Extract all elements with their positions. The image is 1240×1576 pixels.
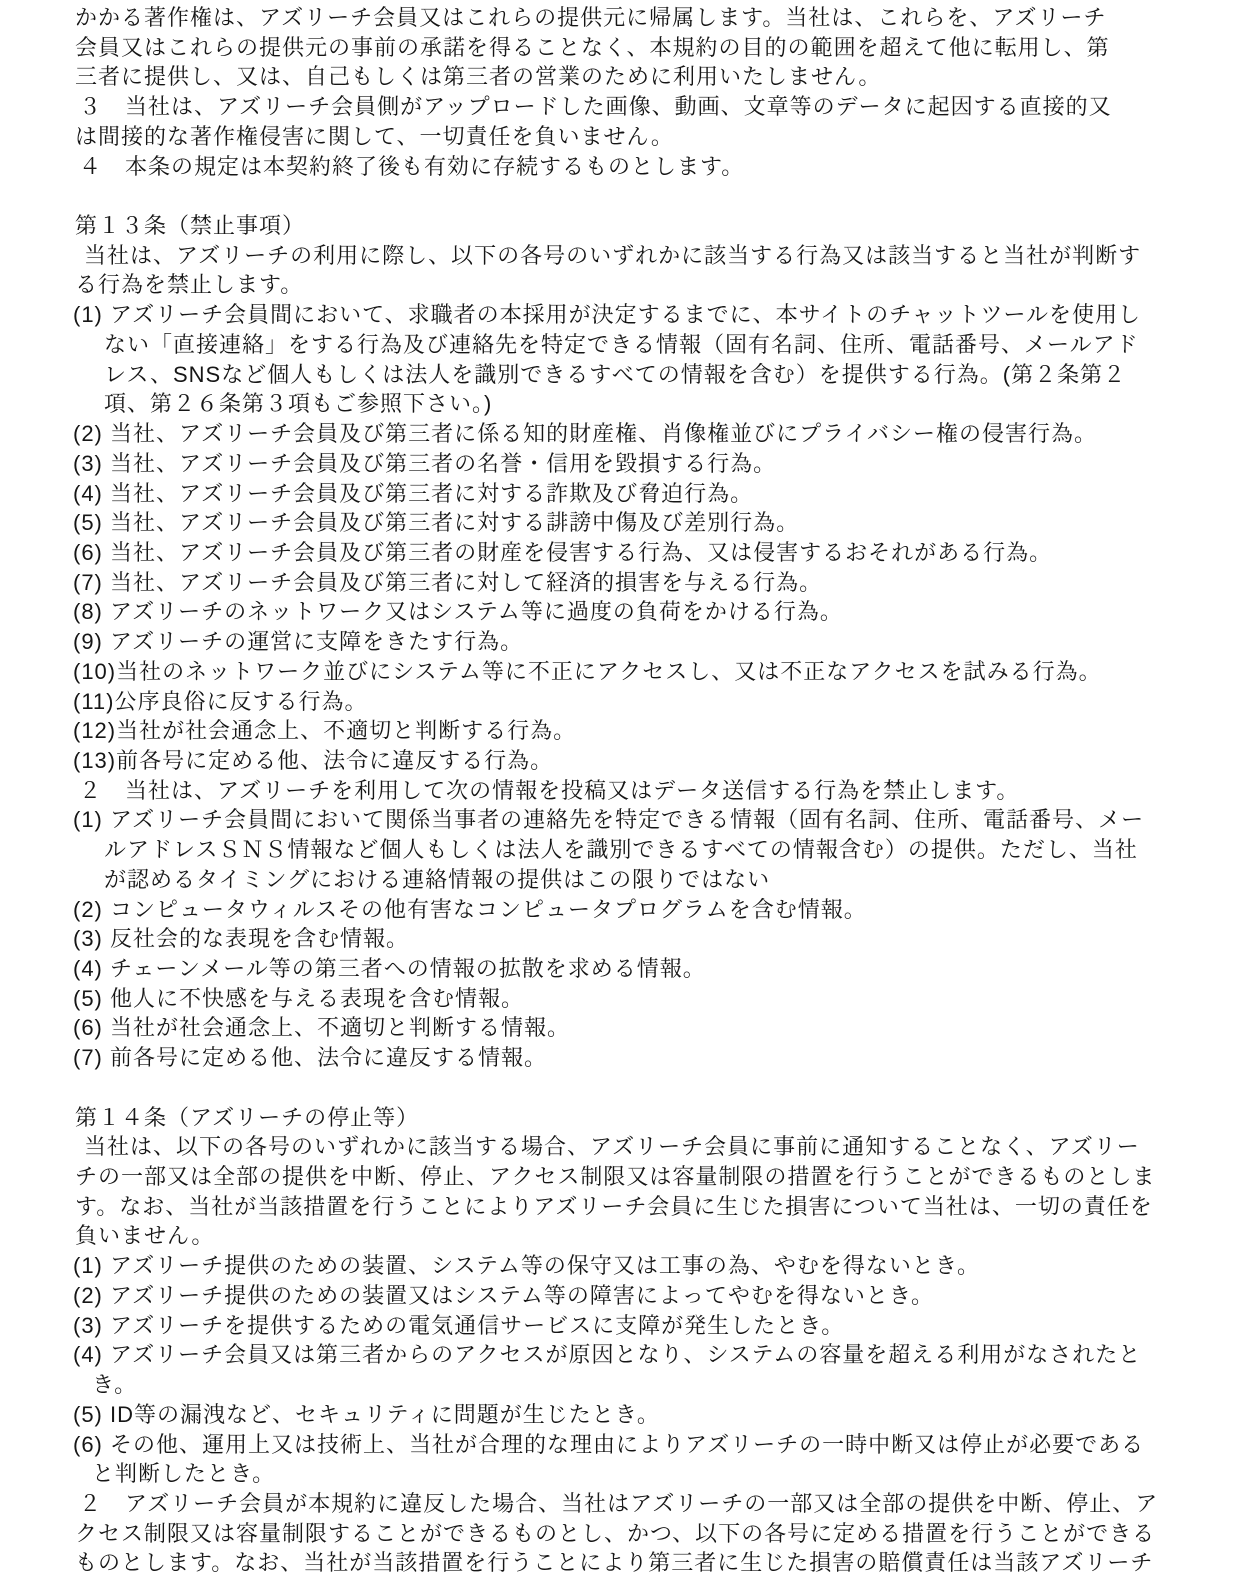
text-line: (6) 当社、アズリーチ会員及び第三者の財産を侵害する行為、又は侵害するおそれが… [73,538,1240,568]
text-line: (13)前各号に定める他、法令に違反する行為。 [73,746,1240,776]
text-line: 当社は、以下の各号のいずれかに該当する場合、アズリーチ会員に事前に通知することな… [84,1132,1240,1162]
section-heading: 第１４条（アズリーチの停止等） [75,1103,1240,1133]
text-line: (2) コンピュータウィルスその他有害なコンピュータプログラムを含む情報。 [73,895,1240,925]
document-page: かかる著作権は、アズリーチ会員又はこれらの提供元に帰属します。当社は、これらを、… [0,0,1240,1576]
blank-line [0,181,1240,211]
text-line: (6) その他、運用上又は技術上、当社が合理的な理由によりアズリーチの一時中断又… [73,1430,1240,1460]
text-line: 負いません。 [75,1221,1240,1251]
text-line: (8) アズリーチのネットワーク又はシステム等に過度の負荷をかける行為。 [73,597,1240,627]
text-line: き。 [92,1370,1240,1400]
text-line: (2) 当社、アズリーチ会員及び第三者に係る知的財産権、肖像権並びにプライバシー… [73,419,1240,449]
text-line: (4) 当社、アズリーチ会員及び第三者に対する詐欺及び脅迫行為。 [73,479,1240,509]
text-line: (5) 他人に不快感を与える表現を含む情報。 [73,984,1240,1014]
text-line: (3) 反社会的な表現を含む情報。 [73,924,1240,954]
text-line: ものとします。なお、当社が当該措置を行うことにより第三者に生じた損害の賠償責任は… [75,1548,1240,1576]
text-line: 会員又はこれらの提供元の事前の承諾を得ることなく、本規約の目的の範囲を超えて他に… [75,33,1240,63]
text-line: は間接的な著作権侵害に関して、一切責任を負いません。 [75,122,1240,152]
text-line: ない「直接連絡」をする行為及び連絡先を特定できる情報（固有名詞、住所、電話番号、… [104,330,1240,360]
text-line: が認めるタイミングにおける連絡情報の提供はこの限りではない [104,865,1240,895]
text-line: (5) 当社、アズリーチ会員及び第三者に対する誹謗中傷及び差別行為。 [73,508,1240,538]
text-line: ２ アズリーチ会員が本規約に違反した場合、当社はアズリーチの一部又は全部の提供を… [79,1489,1240,1519]
blank-line [0,1073,1240,1103]
text-line: ３ 当社は、アズリーチ会員側がアップロードした画像、動画、文章等のデータに起因す… [79,92,1240,122]
text-line: (4) チェーンメール等の第三者への情報の拡散を求める情報。 [73,954,1240,984]
text-line: る行為を禁止します。 [75,270,1240,300]
text-line: ２ 当社は、アズリーチを利用して次の情報を投稿又はデータ送信する行為を禁止します… [79,776,1240,806]
text-line: 三者に提供し、又は、自己もしくは第三者の営業のために利用いたしません。 [75,62,1240,92]
text-line: 当社は、アズリーチの利用に際し、以下の各号のいずれかに該当する行為又は該当すると… [84,241,1240,271]
text-line: ４ 本条の規定は本契約終了後も有効に存続するものとします。 [79,152,1240,182]
text-line: (6) 当社が社会通念上、不適切と判断する情報。 [73,1013,1240,1043]
text-line: かかる著作権は、アズリーチ会員又はこれらの提供元に帰属します。当社は、これらを、… [75,3,1240,33]
text-line: チの一部又は全部の提供を中断、停止、アクセス制限又は容量制限の措置を行うことがで… [75,1162,1240,1192]
text-line: (5) ID等の漏洩など、セキュリティに問題が生じたとき。 [73,1400,1240,1430]
text-line: (4) アズリーチ会員又は第三者からのアクセスが原因となり、システムの容量を超え… [73,1340,1240,1370]
text-line: 項、第２６条第３項もご参照下さい。) [104,389,1240,419]
text-line: ルアドレスＳＮＳ情報など個人もしくは法人を識別できるすべての情報含む）の提供。た… [104,835,1240,865]
text-line: す。なお、当社が当該措置を行うことによりアズリーチ会員に生じた損害について当社は… [75,1192,1240,1222]
text-line: (2) アズリーチ提供のための装置又はシステム等の障害によってやむを得ないとき。 [73,1281,1240,1311]
document-text: かかる著作権は、アズリーチ会員又はこれらの提供元に帰属します。当社は、これらを、… [0,0,1240,1576]
text-line: (9) アズリーチの運営に支障をきたす行為。 [73,627,1240,657]
text-line: レス、SNSなど個人もしくは法人を識別できるすべての情報を含む）を提供する行為。… [104,360,1240,390]
text-line: と判断したとき。 [92,1459,1240,1489]
text-line: (12)当社が社会通念上、不適切と判断する行為。 [73,716,1240,746]
text-line: (10)当社のネットワーク並びにシステム等に不正にアクセスし、又は不正なアクセス… [73,657,1240,687]
text-line: (1) アズリーチ会員間において関係当事者の連絡先を特定できる情報（固有名詞、住… [73,805,1240,835]
text-line: (7) 前各号に定める他、法令に違反する情報。 [73,1043,1240,1073]
text-line: (1) アズリーチ会員間において、求職者の本採用が決定するまでに、本サイトのチャ… [73,300,1240,330]
text-line: (1) アズリーチ提供のための装置、システム等の保守又は工事の為、やむを得ないと… [73,1251,1240,1281]
text-line: (7) 当社、アズリーチ会員及び第三者に対して経済的損害を与える行為。 [73,568,1240,598]
section-heading: 第１３条（禁止事項） [75,211,1240,241]
text-line: (11)公序良俗に反する行為。 [73,687,1240,717]
text-line: (3) アズリーチを提供するための電気通信サービスに支障が発生したとき。 [73,1311,1240,1341]
text-line: (3) 当社、アズリーチ会員及び第三者の名誉・信用を毀損する行為。 [73,449,1240,479]
text-line: クセス制限又は容量制限することができるものとし、かつ、以下の各号に定める措置を行… [75,1519,1240,1549]
